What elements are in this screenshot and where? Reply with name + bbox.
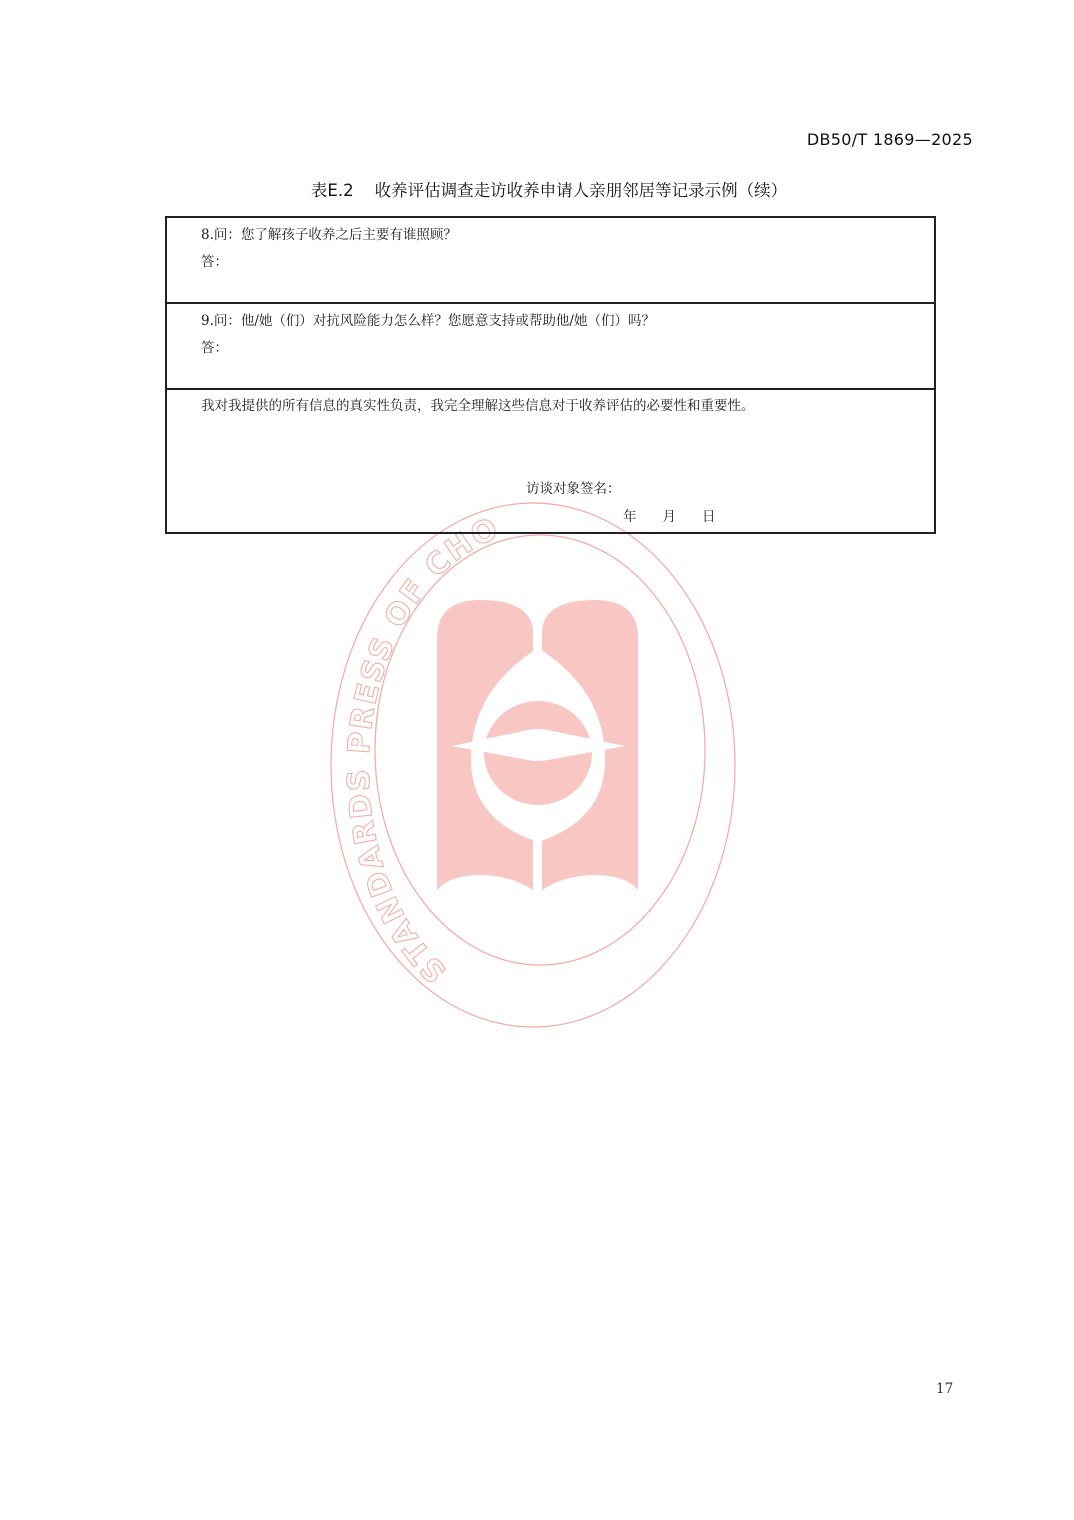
signature-label: 访谈对象签名：: [526, 476, 621, 503]
table-row: 9.问：他/她（们）对抗风险能力怎么样？您愿意支持或帮助他/她（们）吗？ 答：: [166, 303, 935, 389]
signature-date: 年月日: [623, 504, 716, 531]
interview-record-table: 8.问：您了解孩子收养之后主要有谁照顾？ 答： 9.问：他/她（们）对抗风险能力…: [165, 216, 936, 534]
table-caption: 收养评估调查走访收养申请人亲朋邻居等记录示例（续）: [375, 181, 788, 200]
date-day: 日: [702, 504, 716, 531]
watermark-text: STANDARDS PRESS OF CHONGQING: [330, 490, 505, 989]
table-row-declaration: 我对我提供的所有信息的真实性负责，我完全理解这些信息对于收养评估的必要性和重要性…: [166, 389, 935, 533]
signature-block: 访谈对象签名： 年月日: [167, 420, 934, 532]
question-8: 8.问：您了解孩子收养之后主要有谁照顾？: [201, 222, 934, 249]
date-year: 年: [623, 504, 637, 531]
date-month: 月: [663, 504, 677, 531]
table-row: 8.问：您了解孩子收养之后主要有谁照顾？ 答：: [166, 217, 935, 303]
page-number: 17: [936, 1381, 953, 1397]
document-code: DB50/T 1869—2025: [807, 130, 973, 149]
table-title: 表E.2 收养评估调查走访收养申请人亲朋邻居等记录示例（续）: [0, 177, 1074, 201]
book-emblem-icon: [437, 600, 638, 890]
declaration-text: 我对我提供的所有信息的真实性负责，我完全理解这些信息对于收养评估的必要性和重要性…: [167, 390, 934, 420]
answer-9-label: 答：: [201, 335, 934, 362]
table-number: 表E.2: [311, 181, 354, 200]
answer-8-label: 答：: [201, 249, 934, 276]
standards-press-watermark: STANDARDS PRESS OF CHONGQING: [330, 490, 750, 1040]
question-9: 9.问：他/她（们）对抗风险能力怎么样？您愿意支持或帮助他/她（们）吗？: [201, 308, 934, 335]
